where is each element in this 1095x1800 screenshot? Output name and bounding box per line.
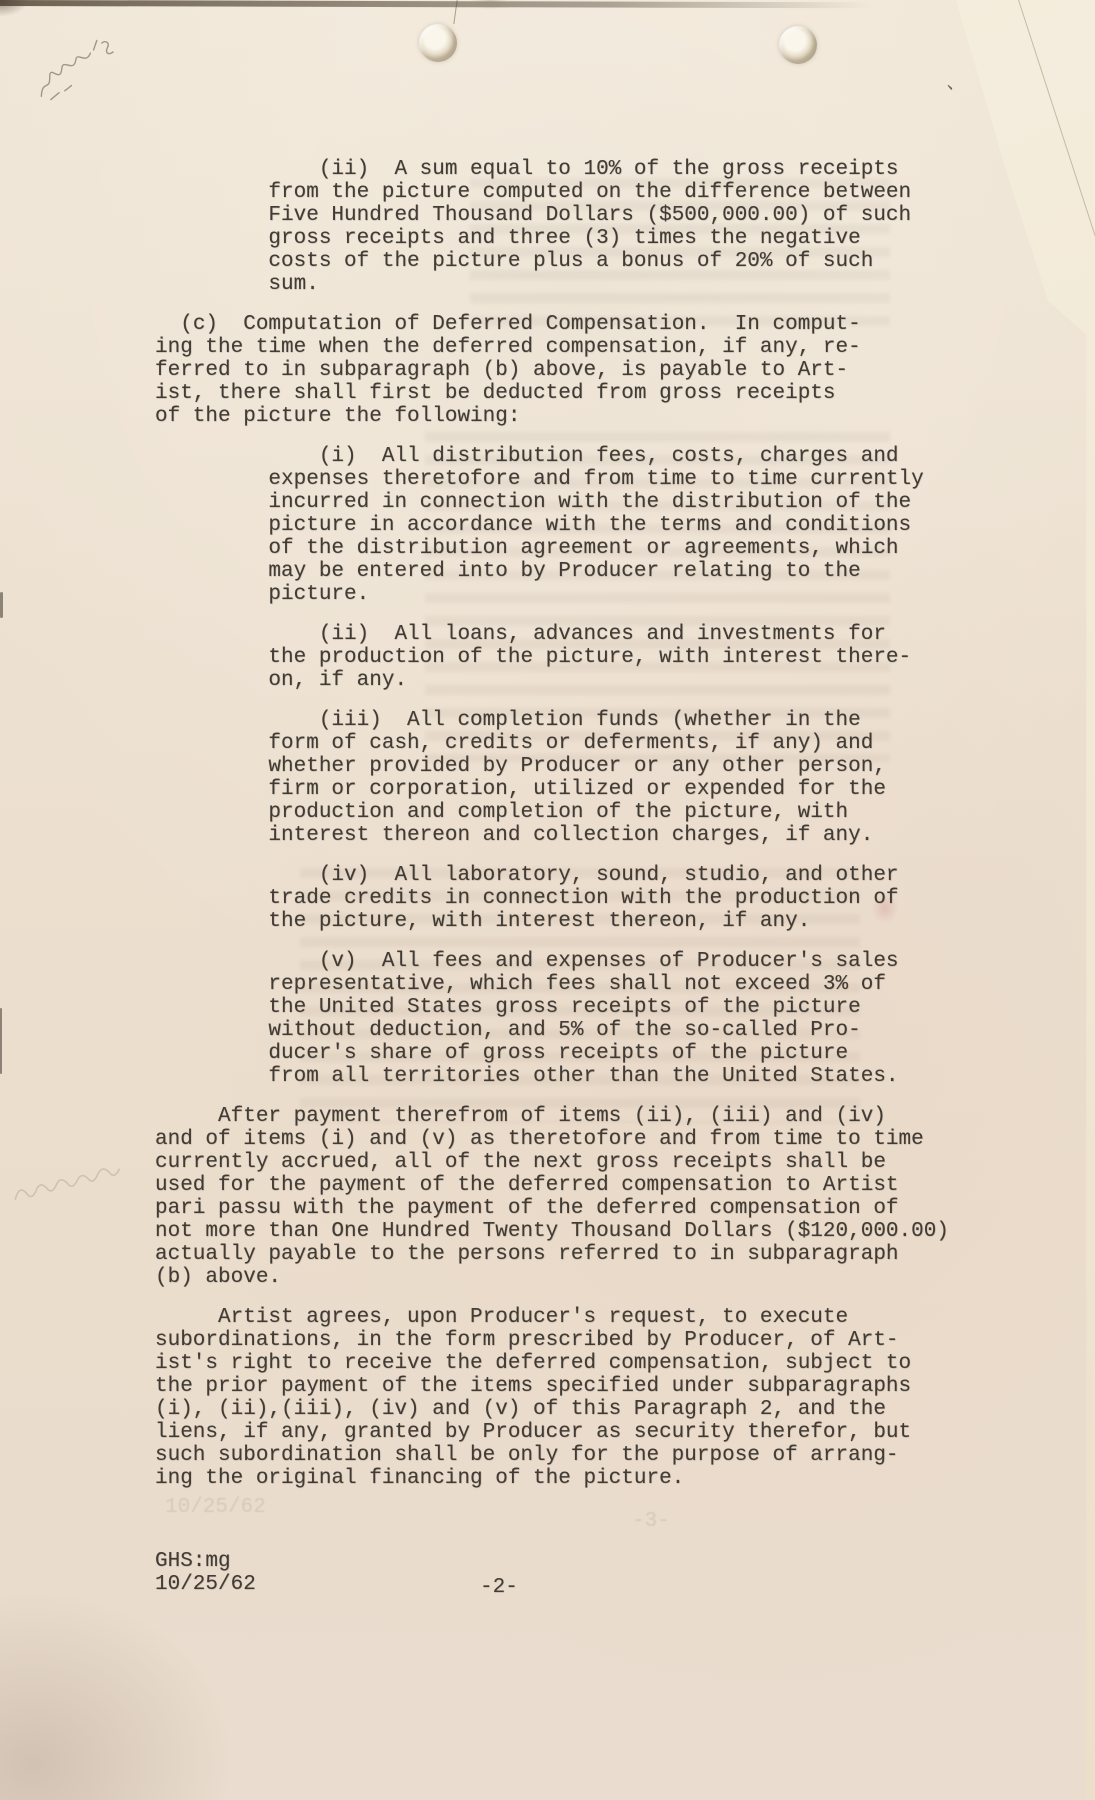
para-item-iii-completion: (iii) All completion funds (whether in t…: [155, 709, 965, 847]
page-number: -2-: [480, 1576, 518, 1599]
footer-identification: GHS:mg 10/25/62: [155, 1550, 965, 1596]
para-after-payment: After payment therefrom of items (ii), (…: [155, 1105, 965, 1289]
para-c-computation: (c) Computation of Deferred Compensation…: [155, 313, 965, 428]
document-page: 10/25/62 -3- ‚ (ii) A sum equal to 10% o…: [0, 0, 1095, 1800]
scan-edge-artifact: [0, 1008, 2, 1074]
para-item-i-distribution: (i) All distribution fees, costs, charge…: [155, 445, 965, 606]
margin-pencil-annotation: [7, 1151, 153, 1220]
page-top-edge-shadow: [0, 0, 872, 8]
pencil-scribble: [21, 20, 144, 111]
stray-pen-mark: ‚: [942, 81, 964, 98]
scanned-contract-page: { "document": { "paragraphs": [ {"lines"…: [0, 0, 1095, 1800]
typed-text-column: (ii) A sum equal to 10% of the gross rec…: [155, 158, 965, 1613]
page-corner-shadow: [0, 0, 34, 20]
para-item-iv-laboratory: (iv) All laboratory, sound, studio, and …: [155, 864, 965, 933]
scan-edge-artifact: [0, 592, 3, 618]
para-item-ii-bonus: (ii) A sum equal to 10% of the gross rec…: [155, 158, 965, 296]
top-edge-notch: [470, 0, 510, 10]
punch-hole-left: [419, 24, 457, 62]
punch-hole-right: [779, 26, 817, 64]
para-item-v-fees: (v) All fees and expenses of Producer's …: [155, 950, 965, 1088]
para-item-ii-loans: (ii) All loans, advances and investments…: [155, 623, 965, 692]
para-artist-agrees: Artist agrees, upon Producer's request, …: [155, 1306, 965, 1490]
